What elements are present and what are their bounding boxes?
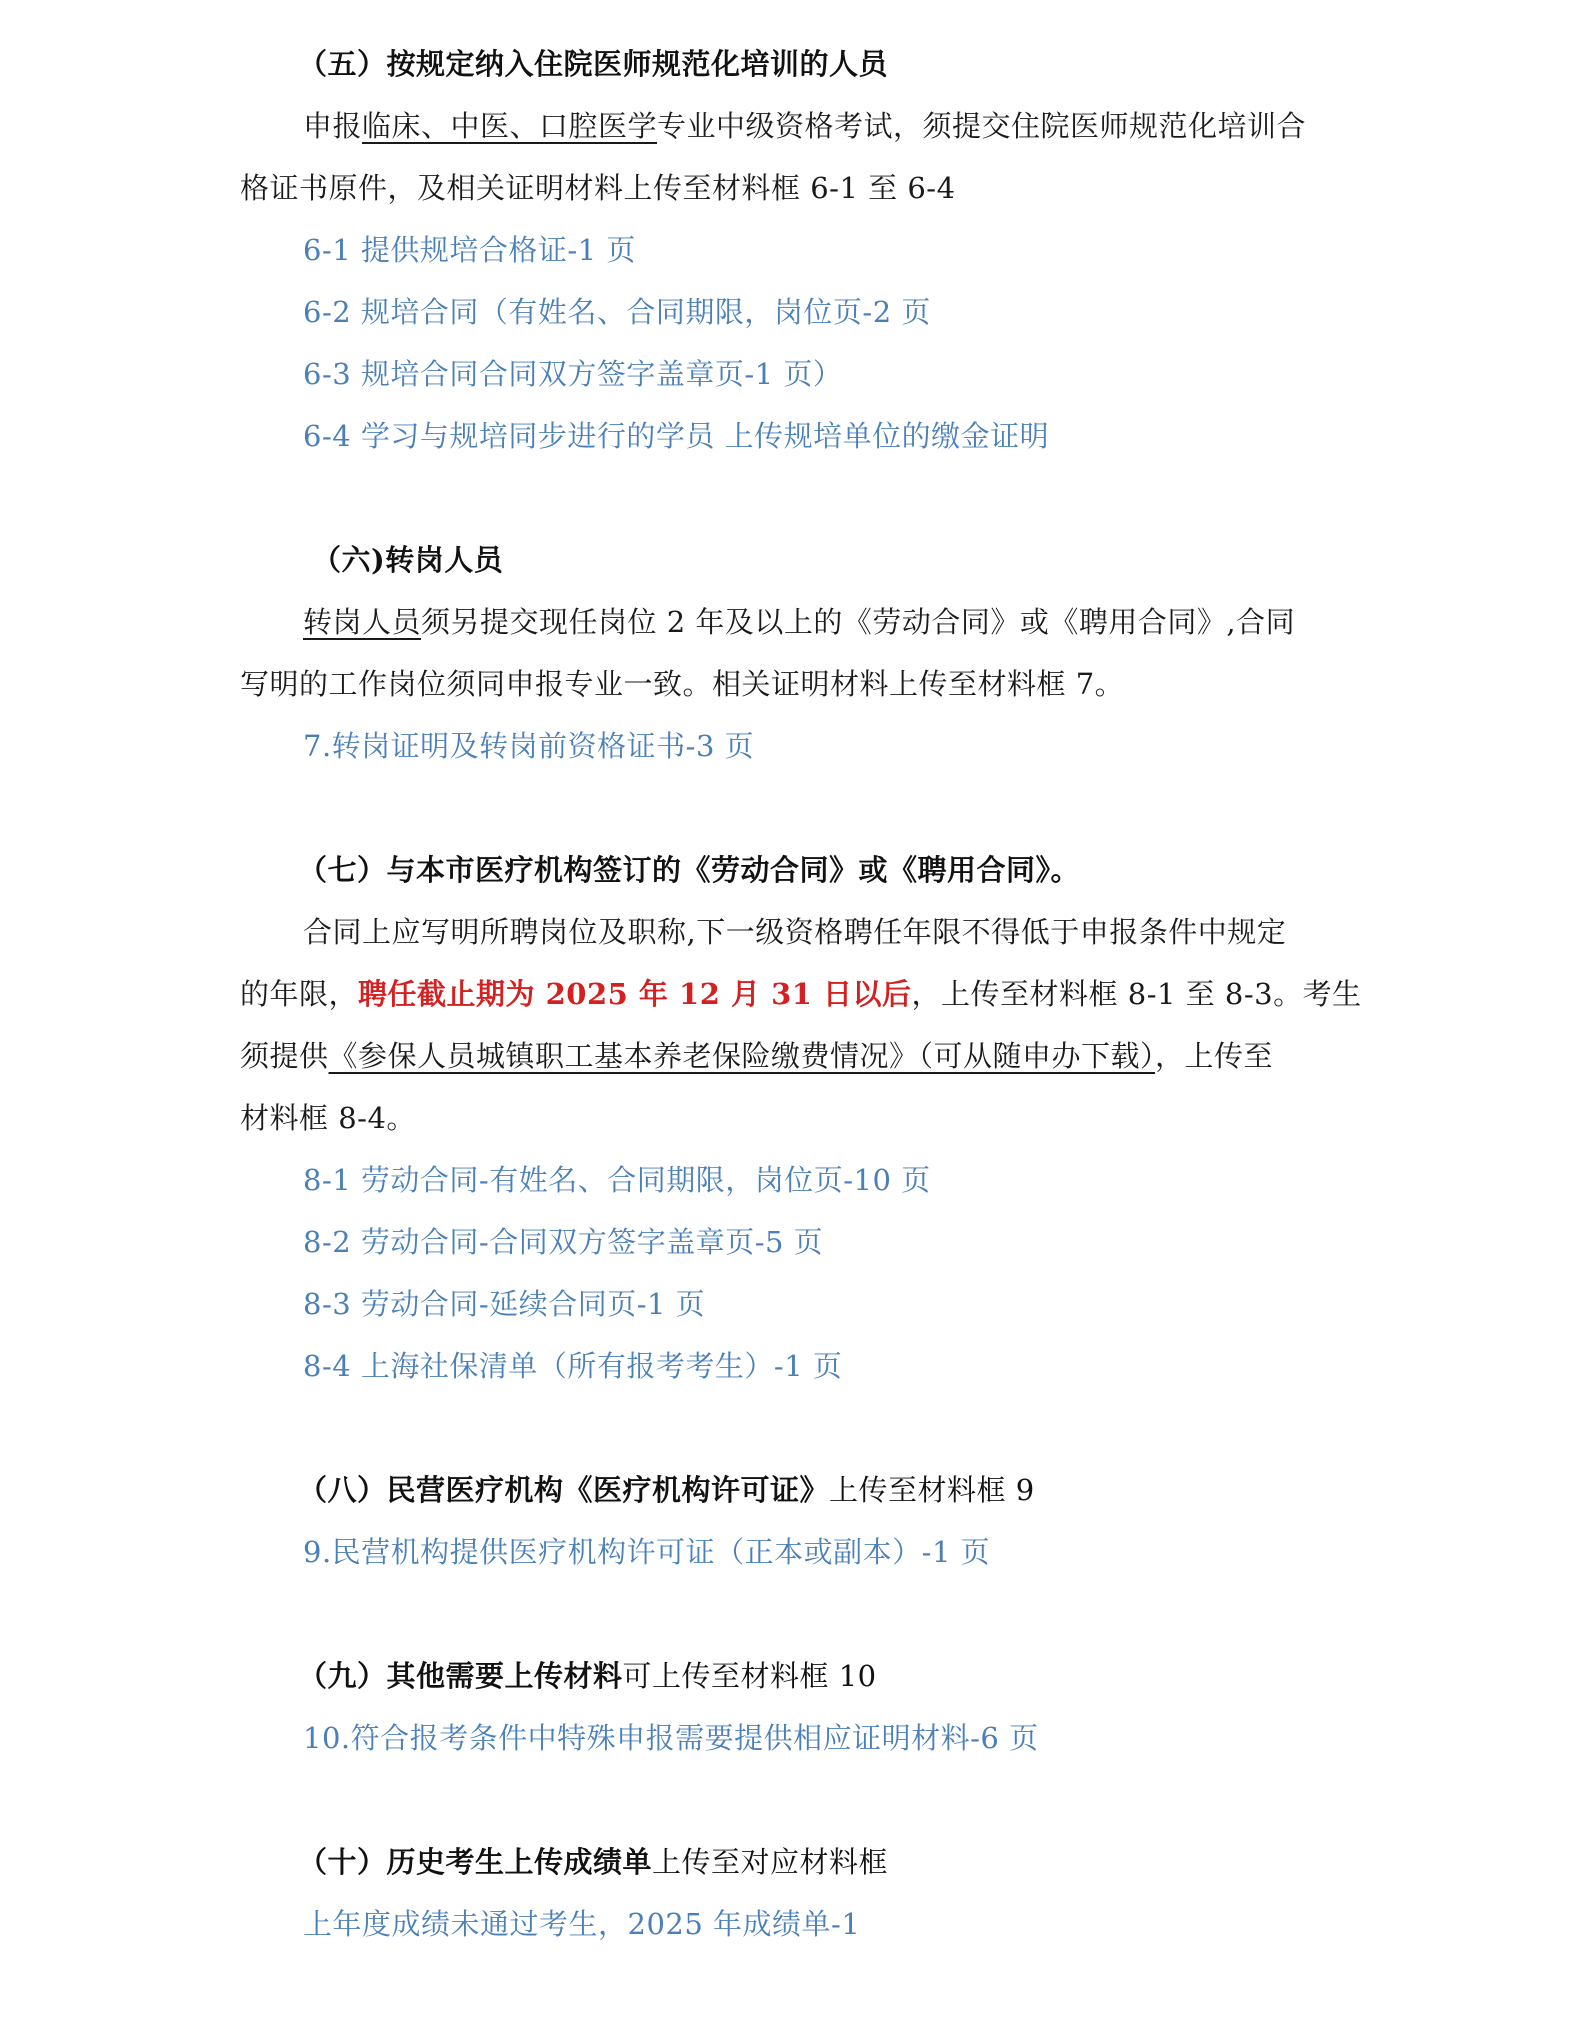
text: 的年限， [240,977,358,1011]
section-seven-paragraph-line4: 材料框 8-4。 [240,1098,416,1138]
section-five-paragraph-line2: 格证书原件，及相关证明材料上传至材料框 6-1 至 6-4 [240,168,956,208]
material-item-8-1: 8-1 劳动合同-有姓名、合同期限，岗位页-10 页 [303,1160,931,1200]
material-item-8-4: 8-4 上海社保清单（所有报考考生）-1 页 [303,1346,842,1386]
text: ，上传至材料框 8-1 至 8-3。考生 [912,977,1362,1011]
material-item-transcript: 上年度成绩未通过考生，2025 年成绩单-1 [303,1904,860,1944]
material-item-9: 9.民营机构提供医疗机构许可证（正本或副本）-1 页 [303,1532,990,1572]
section-seven-paragraph-line3: 须提供《参保人员城镇职工基本养老保险缴费情况》（可从随申办下载），上传至 [240,1036,1273,1076]
document-page: （五）按规定纳入住院医师规范化培训的人员 申报临床、中医、口腔医学专业中级资格考… [0,0,1587,2036]
section-ten-heading: （十）历史考生上传成绩单上传至对应材料框 [298,1842,888,1882]
section-five-paragraph-line1: 申报临床、中医、口腔医学专业中级资格考试，须提交住院医师规范化培训合 [303,106,1306,146]
heading-normal: 可上传至材料框 10 [623,1659,877,1693]
underlined-transfer-staff: 转岗人员 [303,605,421,639]
heading-bold: （八）民营医疗机构《医疗机构许可证》 [298,1473,829,1507]
text: 须提供 [240,1039,329,1073]
material-item-7: 7.转岗证明及转岗前资格证书-3 页 [303,726,754,766]
material-item-6-1: 6-1 提供规培合格证-1 页 [303,230,636,270]
material-item-6-4: 6-4 学习与规培同步进行的学员 上传规培单位的缴金证明 [303,416,1049,456]
text: 须另提交现任岗位 2 年及以上的《劳动合同》或《聘用合同》,合同 [421,605,1295,639]
section-six-paragraph-line1: 转岗人员须另提交现任岗位 2 年及以上的《劳动合同》或《聘用合同》,合同 [303,602,1295,642]
section-seven-paragraph-line2: 的年限，聘任截止期为 2025 年 12 月 31 日以后，上传至材料框 8-1… [240,974,1362,1014]
material-item-8-2: 8-2 劳动合同-合同双方签字盖章页-5 页 [303,1222,823,1262]
section-six-heading: （六)转岗人员 [312,540,503,580]
section-six-paragraph-line2: 写明的工作岗位须同申报专业一致。相关证明材料上传至材料框 7。 [240,664,1124,704]
section-seven-paragraph-line1: 合同上应写明所聘岗位及职称,下一级资格聘任年限不得低于申报条件中规定 [303,912,1286,952]
section-five-heading: （五）按规定纳入住院医师规范化培训的人员 [298,44,888,84]
heading-bold: （十）历史考生上传成绩单 [298,1845,652,1879]
text: 申报 [303,109,362,143]
underlined-insurance-doc: 《参保人员城镇职工基本养老保险缴费情况》（可从随申办下载） [329,1039,1156,1073]
text: ，上传至 [1155,1039,1273,1073]
material-item-8-3: 8-3 劳动合同-延续合同页-1 页 [303,1284,705,1324]
deadline-highlight: 聘任截止期为 2025 年 12 月 31 日以后 [358,977,912,1011]
material-item-6-3: 6-3 规培合同合同双方签字盖章页-1 页） [303,354,842,394]
section-nine-heading: （九）其他需要上传材料可上传至材料框 10 [298,1656,877,1696]
section-eight-heading: （八）民营医疗机构《医疗机构许可证》上传至材料框 9 [298,1470,1035,1510]
section-seven-heading: （七）与本市医疗机构签订的《劳动合同》或《聘用合同》。 [298,850,1080,890]
heading-bold: （九）其他需要上传材料 [298,1659,623,1693]
underlined-specialties: 临床、中医、口腔医学 [362,109,657,143]
text: 专业中级资格考试，须提交住院医师规范化培训合 [657,109,1306,143]
heading-normal: 上传至对应材料框 [652,1845,888,1879]
heading-normal: 上传至材料框 9 [829,1473,1035,1507]
material-item-6-2: 6-2 规培合同（有姓名、合同期限，岗位页-2 页 [303,292,931,332]
material-item-10: 10.符合报考条件中特殊申报需要提供相应证明材料-6 页 [303,1718,1039,1758]
